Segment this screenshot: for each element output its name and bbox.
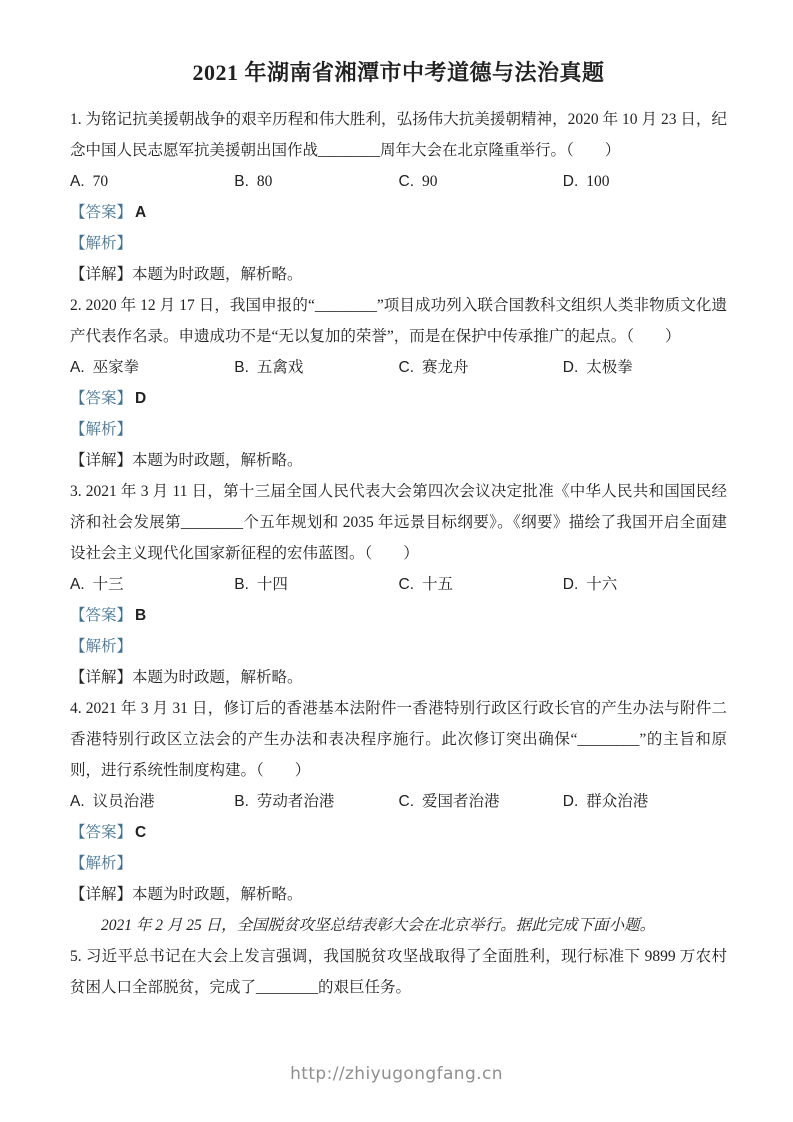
option-key: B. (234, 576, 249, 593)
analysis-label: 【解析】 (70, 421, 132, 438)
answer-value: B (135, 607, 146, 624)
question-block-4: 4. 2021 年 3 月 31 日，修订后的香港基本法附件一香港特别行政区行政… (70, 693, 727, 910)
answer-label: 【答案】 (70, 390, 132, 407)
option-key: B. (234, 359, 249, 376)
option-text: 太极拳 (586, 359, 633, 376)
option-text: 赛龙舟 (422, 359, 469, 376)
detail-line: 【详解】本题为时政题，解析略。 (70, 879, 727, 910)
answer-value: C (135, 824, 146, 841)
option-c: C.爱国者治港 (399, 786, 563, 817)
answer-line: 【答案】D (70, 383, 727, 414)
detail-line: 【详解】本题为时政题，解析略。 (70, 259, 727, 290)
answer-line: 【答案】A (70, 197, 727, 228)
question-block-1: 1. 为铭记抗美援朝战争的艰辛历程和伟大胜利，弘扬伟大抗美援朝精神，2020 年… (70, 104, 727, 290)
option-key: B. (234, 793, 249, 810)
analysis-line: 【解析】 (70, 228, 727, 259)
detail-text: 本题为时政题，解析略。 (132, 886, 303, 903)
detail-line: 【详解】本题为时政题，解析略。 (70, 662, 727, 693)
option-key: C. (399, 576, 415, 593)
detail-label: 【详解】 (70, 452, 132, 469)
option-key: D. (563, 576, 579, 593)
option-b: B.十四 (234, 569, 398, 600)
option-b: B.五禽戏 (234, 352, 398, 383)
question-block-2: 2. 2020 年 12 月 17 日，我国申报的“________”项目成功列… (70, 290, 727, 476)
detail-label: 【详解】 (70, 886, 132, 903)
detail-text: 本题为时政题，解析略。 (132, 452, 303, 469)
option-key: A. (70, 576, 85, 593)
option-key: C. (399, 793, 415, 810)
question-2-stem: 2. 2020 年 12 月 17 日，我国申报的“________”项目成功列… (70, 290, 727, 352)
option-d: D.十六 (563, 569, 727, 600)
option-key: A. (70, 793, 85, 810)
option-a: A.70 (70, 166, 234, 197)
question-5-stem: 5. 习近平总书记在大会上发言强调，我国脱贫攻坚战取得了全面胜利，现行标准下 9… (70, 941, 727, 1003)
question-1-stem: 1. 为铭记抗美援朝战争的艰辛历程和伟大胜利，弘扬伟大抗美援朝精神，2020 年… (70, 104, 727, 166)
detail-label: 【详解】 (70, 266, 132, 283)
answer-line: 【答案】B (70, 600, 727, 631)
option-c: C.十五 (399, 569, 563, 600)
option-b: B.劳动者治港 (234, 786, 398, 817)
detail-line: 【详解】本题为时政题，解析略。 (70, 445, 727, 476)
analysis-label: 【解析】 (70, 235, 132, 252)
option-d: D.100 (563, 166, 727, 197)
material-text: 2021 年 2 月 25 日，全国脱贫攻坚总结表彰大会在北京举行。据此完成下面… (70, 910, 727, 941)
answer-value: D (135, 390, 146, 407)
question-1-options: A.70 B.80 C.90 D.100 (70, 166, 727, 197)
analysis-label: 【解析】 (70, 855, 132, 872)
detail-text: 本题为时政题，解析略。 (132, 669, 303, 686)
answer-label: 【答案】 (70, 204, 132, 221)
option-key: D. (563, 173, 579, 190)
analysis-line: 【解析】 (70, 631, 727, 662)
option-text: 十三 (93, 576, 124, 593)
option-key: D. (563, 793, 579, 810)
question-block-5: 5. 习近平总书记在大会上发言强调，我国脱贫攻坚战取得了全面胜利，现行标准下 9… (70, 941, 727, 1003)
option-text: 爱国者治港 (422, 793, 500, 810)
option-text: 巫家拳 (93, 359, 140, 376)
option-c: C.赛龙舟 (399, 352, 563, 383)
option-a: A.十三 (70, 569, 234, 600)
option-c: C.90 (399, 166, 563, 197)
option-key: C. (399, 173, 415, 190)
footer-url: http://zhiyugongfang.cn (0, 1064, 793, 1084)
analysis-label: 【解析】 (70, 638, 132, 655)
answer-value: A (135, 204, 146, 221)
option-a: A.议员治港 (70, 786, 234, 817)
question-3-options: A.十三 B.十四 C.十五 D.十六 (70, 569, 727, 600)
detail-label: 【详解】 (70, 669, 132, 686)
option-text: 90 (422, 173, 438, 190)
option-key: B. (234, 173, 249, 190)
option-text: 议员治港 (93, 793, 155, 810)
option-text: 100 (586, 173, 609, 190)
page-title: 2021 年湖南省湘潭市中考道德与法治真题 (70, 58, 727, 88)
option-text: 十六 (586, 576, 617, 593)
option-text: 劳动者治港 (257, 793, 335, 810)
option-key: A. (70, 173, 85, 190)
question-4-options: A.议员治港 B.劳动者治港 C.爱国者治港 D.群众治港 (70, 786, 727, 817)
option-text: 70 (93, 173, 109, 190)
option-key: D. (563, 359, 579, 376)
option-text: 80 (257, 173, 273, 190)
option-key: C. (399, 359, 415, 376)
option-text: 群众治港 (586, 793, 648, 810)
answer-line: 【答案】C (70, 817, 727, 848)
option-d: D.太极拳 (563, 352, 727, 383)
answer-label: 【答案】 (70, 607, 132, 624)
analysis-line: 【解析】 (70, 848, 727, 879)
option-text: 十四 (257, 576, 288, 593)
question-4-stem: 4. 2021 年 3 月 31 日，修订后的香港基本法附件一香港特别行政区行政… (70, 693, 727, 786)
option-a: A.巫家拳 (70, 352, 234, 383)
question-3-stem: 3. 2021 年 3 月 11 日，第十三届全国人民代表大会第四次会议决定批准… (70, 476, 727, 569)
detail-text: 本题为时政题，解析略。 (132, 266, 303, 283)
option-d: D.群众治港 (563, 786, 727, 817)
question-2-options: A.巫家拳 B.五禽戏 C.赛龙舟 D.太极拳 (70, 352, 727, 383)
question-block-3: 3. 2021 年 3 月 11 日，第十三届全国人民代表大会第四次会议决定批准… (70, 476, 727, 693)
answer-label: 【答案】 (70, 824, 132, 841)
document-content: 2021 年湖南省湘潭市中考道德与法治真题 1. 为铭记抗美援朝战争的艰辛历程和… (70, 58, 727, 1003)
option-text: 十五 (422, 576, 453, 593)
option-text: 五禽戏 (257, 359, 304, 376)
analysis-line: 【解析】 (70, 414, 727, 445)
option-b: B.80 (234, 166, 398, 197)
option-key: A. (70, 359, 85, 376)
